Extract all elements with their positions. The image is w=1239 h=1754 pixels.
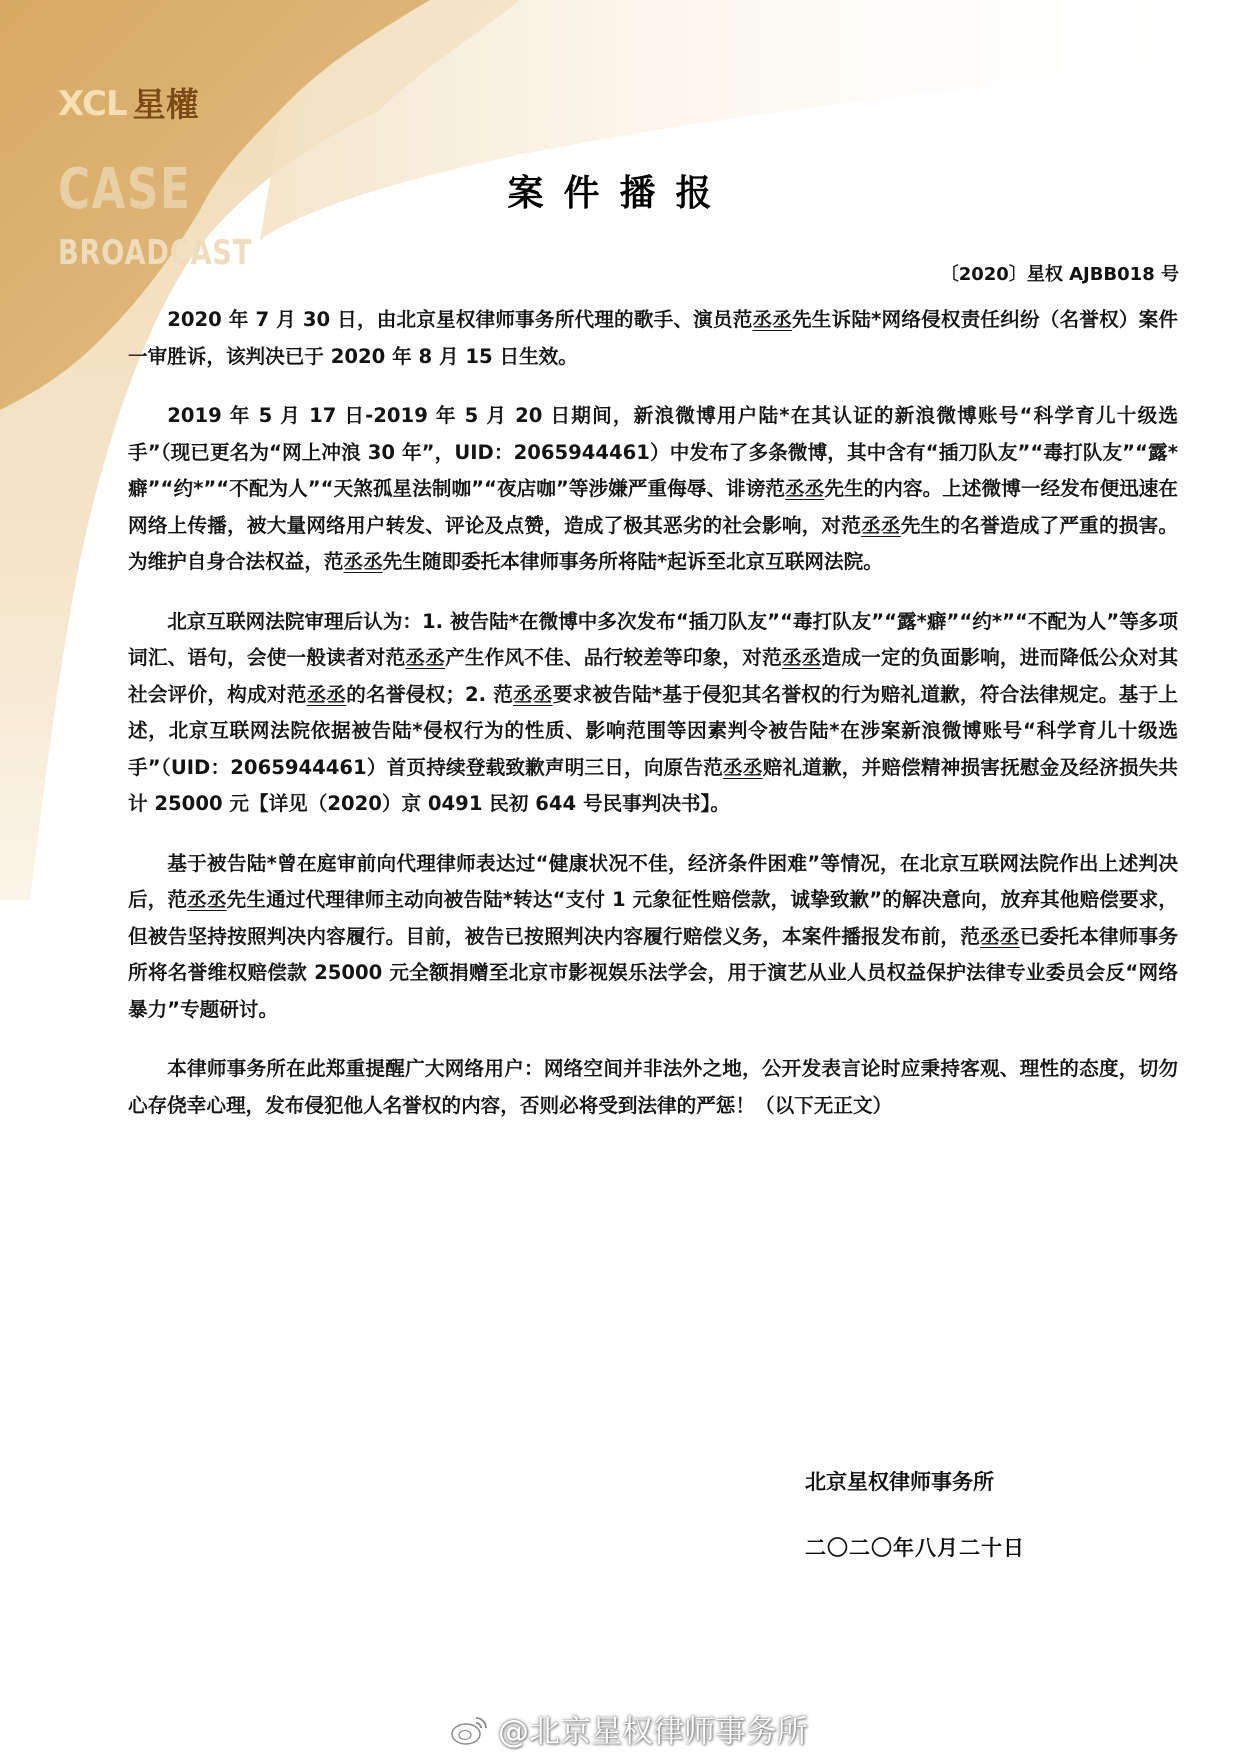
underlined-name: 丞丞 bbox=[307, 683, 347, 706]
watermark-text: @北京星权律师事务所 bbox=[498, 1706, 808, 1751]
logo-mark: XCL bbox=[58, 87, 127, 121]
paragraph-3: 北京互联网法院审理后认为：1. 被告陆*在微博中多次发布“插刀队友”“毒打队友”… bbox=[128, 604, 1178, 823]
underlined-name: 丞丞 bbox=[405, 646, 445, 669]
text-segment: 先生随即委托本律师事务所将陆*起诉至北京互联网法院。 bbox=[383, 550, 883, 573]
document-number: 〔2020〕星权 AJBB018 号 bbox=[941, 260, 1179, 286]
paragraph-5: 本律师事务所在此郑重提醒广大网络用户：网络空间并非法外之地，公开发表言论时应秉持… bbox=[128, 1051, 1178, 1124]
signature-firm-name: 北京星权律师事务所 bbox=[805, 1466, 994, 1496]
underlined-name: 丞丞 bbox=[344, 550, 383, 573]
underlined-name: 丞丞 bbox=[723, 756, 763, 779]
text-segment: 产生作风不佳、品行较差等印象，对范 bbox=[445, 646, 782, 669]
underlined-name: 丞丞 bbox=[513, 683, 553, 706]
underlined-name: 丞丞 bbox=[782, 646, 822, 669]
text-segment: 的名誉侵权；2. 范 bbox=[346, 683, 513, 706]
paragraph-4: 基于被告陆*曾在庭审前向代理律师表达过“健康状况不佳，经济条件困难”等情况，在北… bbox=[128, 846, 1178, 1029]
firm-logo: XCL 星權 bbox=[58, 82, 199, 126]
weibo-icon bbox=[450, 1712, 490, 1746]
weibo-watermark: @北京星权律师事务所 bbox=[450, 1706, 808, 1751]
underlined-name: 丞丞 bbox=[187, 888, 226, 911]
text-segment: 2020 年 7 月 30 日，由北京星权律师事务所代理的歌手、演员范 bbox=[167, 308, 752, 331]
paragraph-2: 2019 年 5 月 17 日-2019 年 5 月 20 日期间，新浪微博用户… bbox=[128, 398, 1178, 581]
logo-chinese-name: 星權 bbox=[133, 88, 199, 121]
underlined-name: 丞丞 bbox=[861, 514, 901, 537]
document-body: 2020 年 7 月 30 日，由北京星权律师事务所代理的歌手、演员范丞丞先生诉… bbox=[128, 302, 1178, 1147]
text-segment: 本律师事务所在此郑重提醒广大网络用户：网络空间并非法外之地，公开发表言论时应秉持… bbox=[128, 1057, 1178, 1117]
page-title: 案件播报 bbox=[0, 176, 1239, 212]
header-broadcast-word: BROADCAST bbox=[58, 236, 252, 270]
underlined-name: 丞丞 bbox=[980, 925, 1020, 948]
underlined-name: 丞丞 bbox=[752, 308, 792, 331]
paragraph-1: 2020 年 7 月 30 日，由北京星权律师事务所代理的歌手、演员范丞丞先生诉… bbox=[128, 302, 1178, 375]
signature-date: 二〇二〇年八月二十日 bbox=[805, 1532, 1025, 1562]
underlined-name: 丞丞 bbox=[785, 477, 824, 500]
